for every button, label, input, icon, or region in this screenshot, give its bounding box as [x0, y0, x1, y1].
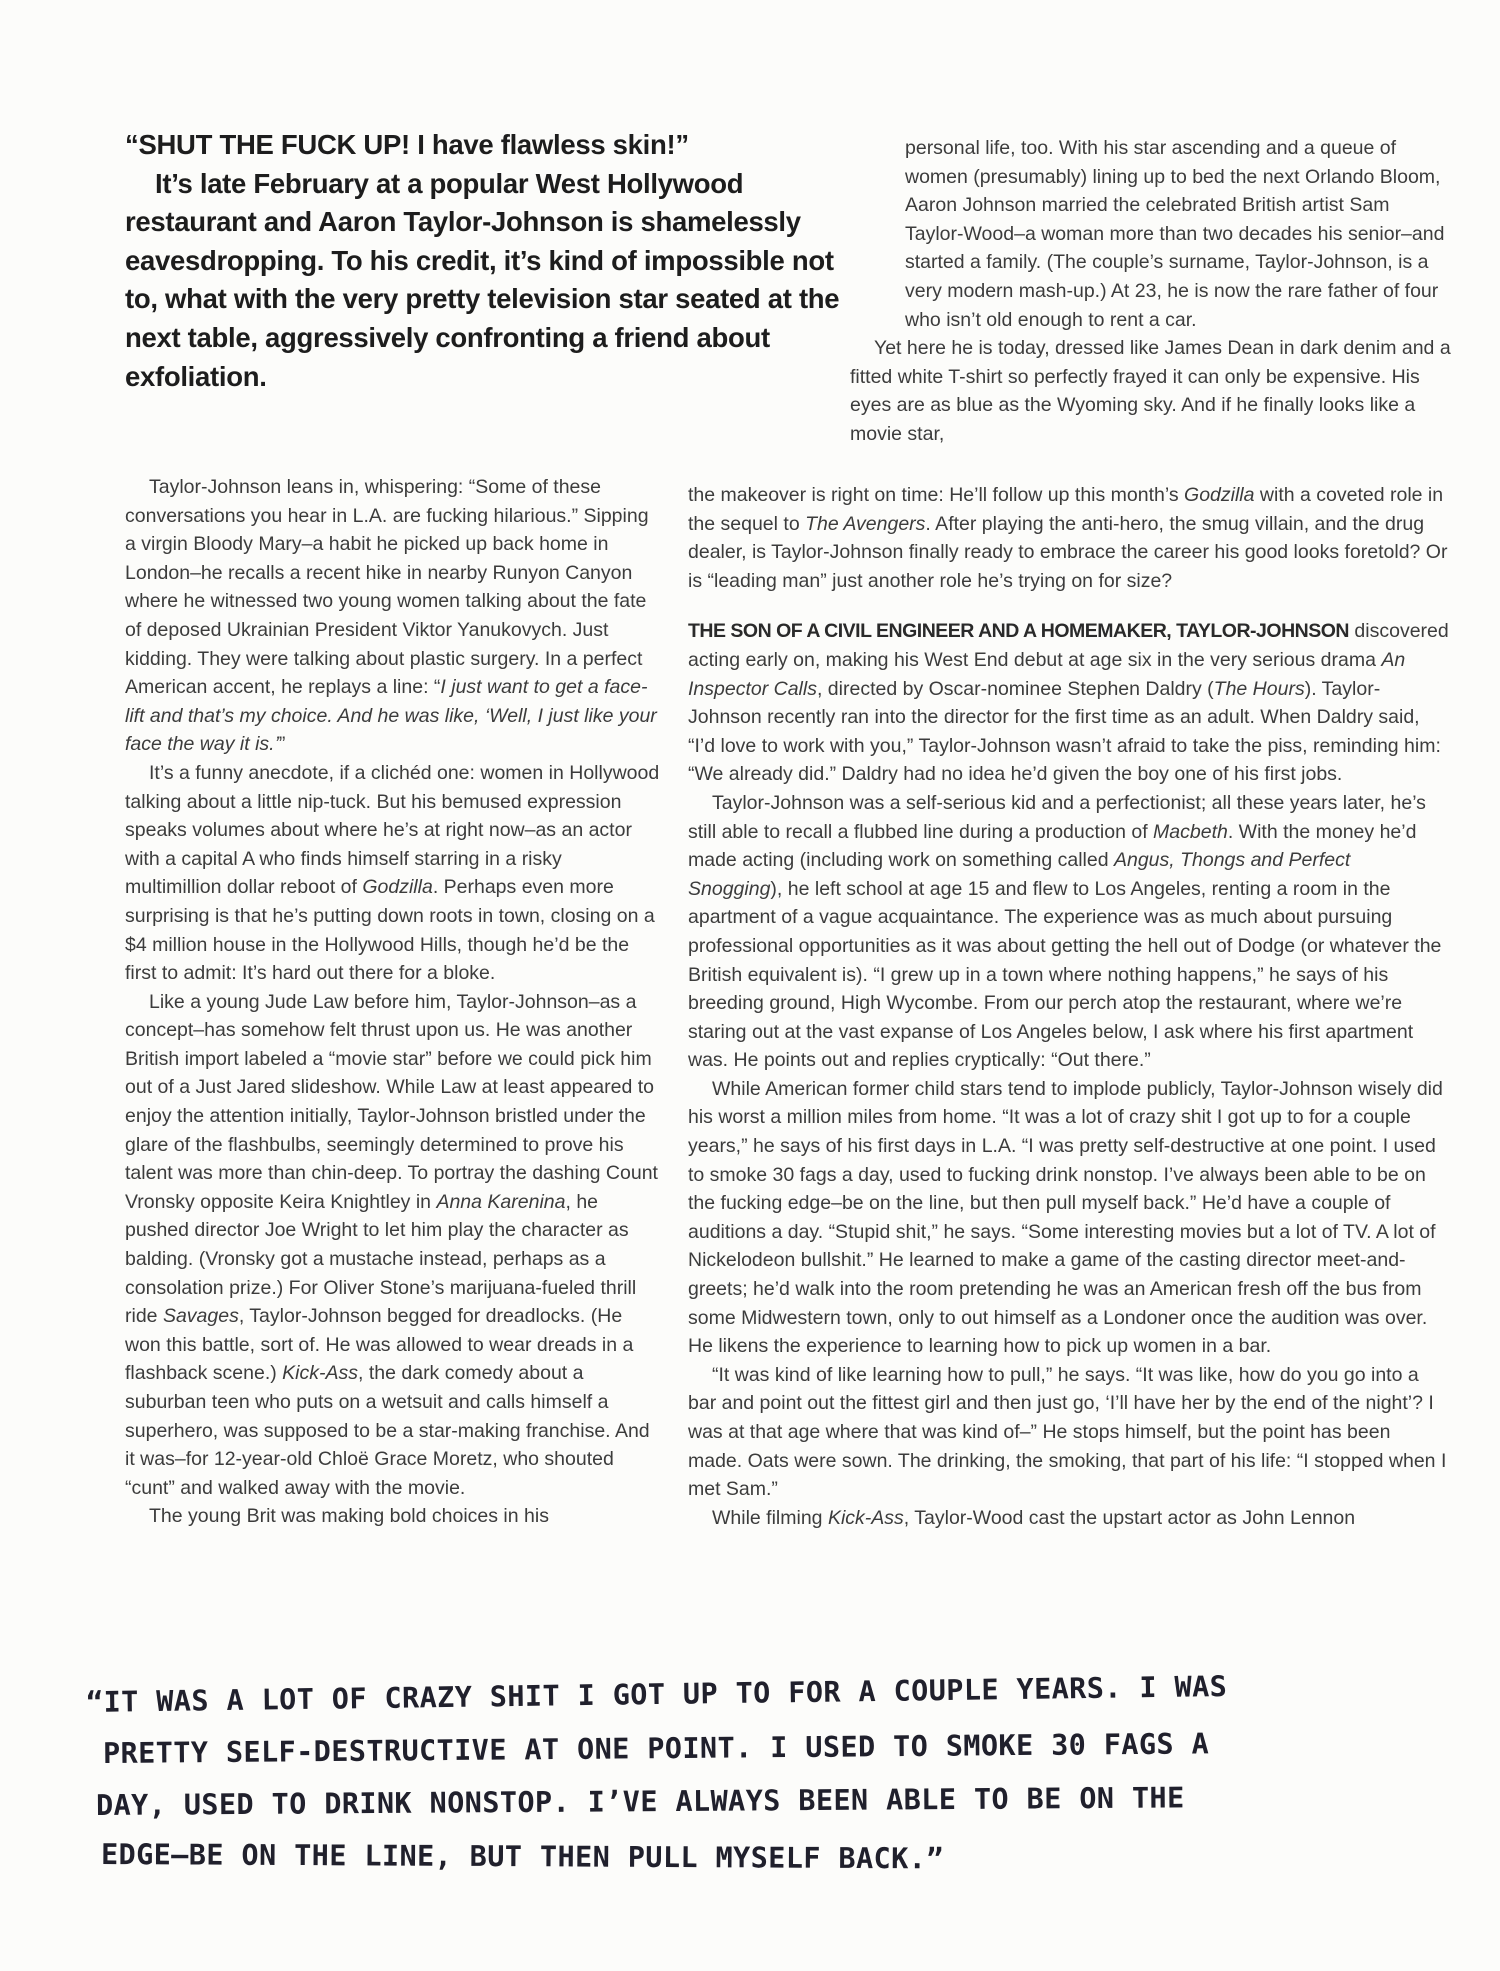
left-column: Taylor-Johnson leans in, whispering: “So…	[125, 473, 661, 1531]
paragraph-while-filming: While filming Kick-Ass, Taylor-Wood cast…	[688, 1504, 1450, 1533]
headline-quote: “SHUT THE FUCK UP! I have flawless skin!…	[125, 126, 860, 165]
right-top-column: personal life, too. With his star ascend…	[905, 134, 1453, 449]
wide-right-column: the makeover is right on time: He’ll fol…	[688, 481, 1450, 1532]
handwritten-quote-line: DAY, USED TO DRINK NONSTOP. I’VE ALWAYS …	[96, 1781, 1185, 1822]
paragraph-implode: While American former child stars tend t…	[688, 1075, 1450, 1361]
handwritten-quote-line: PRETTY SELF-DESTRUCTIVE AT ONE POINT. I …	[103, 1727, 1209, 1770]
paragraph-leans-in: Taylor-Johnson leans in, whispering: “So…	[125, 473, 661, 759]
magazine-article-page: “SHUT THE FUCK UP! I have flawless skin!…	[0, 0, 1500, 1971]
handwritten-quote-line: “IT WAS A LOT OF CRAZY SHIT I GOT UP TO …	[86, 1670, 1228, 1719]
paragraph-makeover: the makeover is right on time: He’ll fol…	[688, 481, 1450, 595]
paragraph-jude-law: Like a young Jude Law before him, Taylor…	[125, 988, 661, 1503]
paragraph-young-brit: The young Brit was making bold choices i…	[125, 1502, 661, 1531]
headline-block: “SHUT THE FUCK UP! I have flawless skin!…	[125, 126, 860, 396]
headline-intro: It’s late February at a popular West Hol…	[125, 165, 860, 397]
paragraph-funny-anecdote: It’s a funny anecdote, if a clichéd one:…	[125, 759, 661, 988]
section-subhead-paragraph: THE SON OF A CIVIL ENGINEER AND A HOMEMA…	[688, 617, 1450, 789]
paragraph-personal-life: personal life, too. With his star ascend…	[905, 134, 1453, 334]
paragraph-pull: “It was kind of like learning how to pul…	[688, 1361, 1450, 1504]
handwritten-quote-line: EDGE–BE ON THE LINE, BUT THEN PULL MYSEL…	[101, 1838, 944, 1875]
paragraph-yet-here: Yet here he is today, dressed like James…	[850, 334, 1453, 448]
paragraph-self-serious: Taylor-Johnson was a self-serious kid an…	[688, 789, 1450, 1075]
